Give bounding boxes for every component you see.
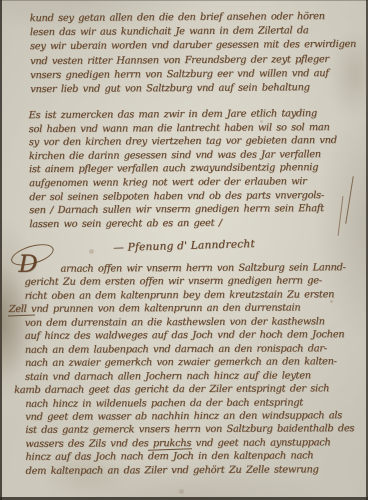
paragraph-taiding-rules: Es ist zumercken das man zwir in dem Jar…	[29, 107, 354, 232]
manuscript-line: auf hincz des waldweges auf das Joch vnd…	[25, 328, 355, 343]
manuscript-line: lassen wo sein gerecht ab es an geet /	[29, 216, 353, 232]
manuscript-line: richt oben an dem kaltenprunn bey dem kr…	[25, 288, 355, 303]
manuscript-page: kund sey getan allen den die den brief a…	[0, 0, 368, 500]
section-heading: — Pfenung d' Lanndrecht	[0, 235, 368, 257]
manuscript-line: sen / Darnach sullen wir vnserm gnedigen…	[29, 202, 353, 218]
manuscript-line: vnser lieb vnd gut von Saltzburg vnd auf…	[30, 81, 350, 97]
manuscript-line: nach an zwaier gemerkch von zwaier gemer…	[25, 355, 355, 370]
manuscript-line: kamb darnach geet das gericht da der Zil…	[14, 382, 355, 397]
paragraph-boundary-description: D arnach offen wir vnserm herrn von Salt…	[24, 261, 355, 478]
manuscript-line: dem kaltenpach an das Ziler vnd gehört Z…	[25, 463, 355, 478]
paragraph-opening: kund sey getan allen den die den brief a…	[30, 10, 351, 97]
illuminated-initial: D	[18, 252, 37, 276]
